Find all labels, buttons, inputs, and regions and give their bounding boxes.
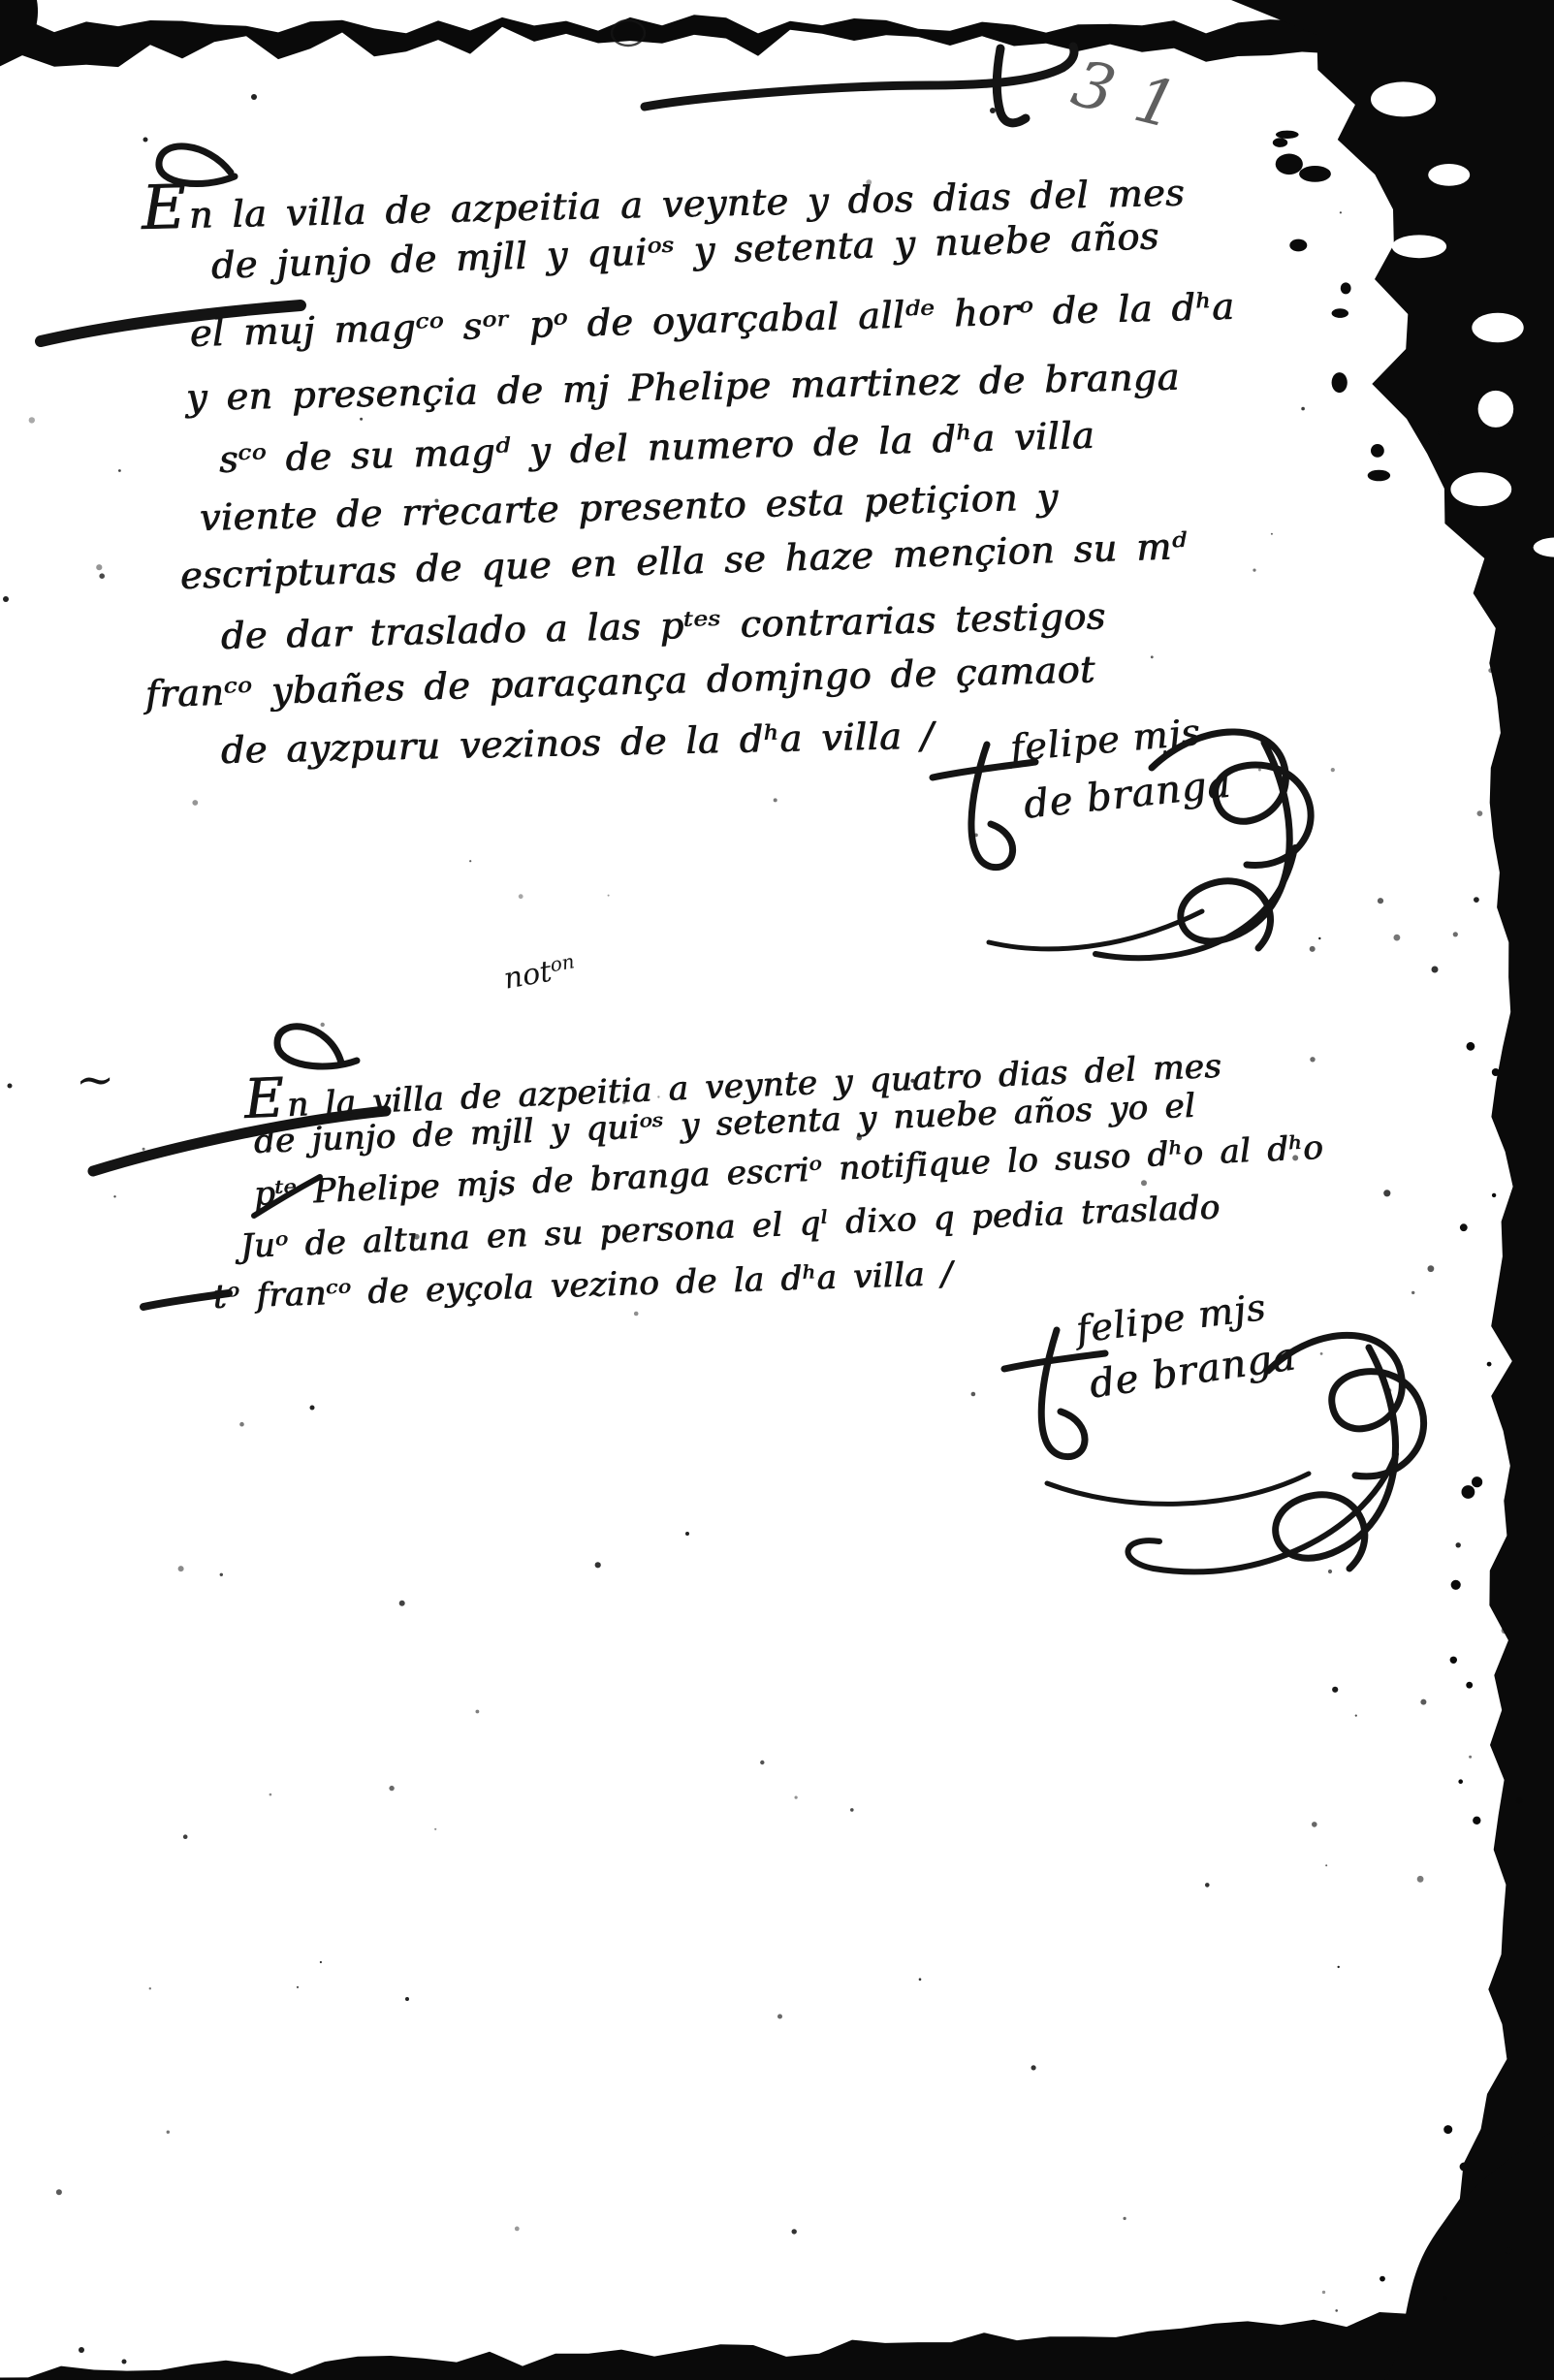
cross-mark (645, 47, 1074, 123)
manuscript-line: y en presençia de mj Phelipe martinez de… (186, 356, 1181, 419)
margin-note-superscript: on (549, 949, 577, 976)
notary-signature-name: felipe mjs (1008, 711, 1202, 770)
manuscript-line: franᶜᵒ ybañes de paraçança domjngo de ça… (144, 648, 1095, 715)
margin-dash: ~ (76, 1053, 114, 1107)
manuscript-line: sᶜᵒ de su magᵈ y del numero de la dʰa vi… (218, 414, 1094, 481)
manuscript-line: el muj magᶜᵒ sᵒʳ pᵒ de oyarçabal allᵈᵉ h… (189, 285, 1235, 355)
signature1-rubric (933, 732, 1311, 958)
paper-ring-blemish (612, 20, 645, 46)
manuscript-line: viente de rrecarte presento esta petiçio… (199, 475, 1059, 539)
manuscript-scan-page: { "page": { "kind": "scanned 16th-centur… (0, 0, 1554, 2380)
manuscript-line: de ayzpuru vezinos de la dʰa villa / (221, 714, 935, 772)
notary-signature-surname: de branga (1022, 762, 1233, 828)
manuscript-line: tᵒ franᶜᵒ de eyçola vezino de la dʰa vil… (212, 1254, 953, 1317)
folio-number: 31 (1065, 46, 1208, 149)
manuscript-line: de dar traslado a las pᵗᵉˢ contrarias te… (221, 594, 1107, 657)
margin-note: noton (501, 949, 578, 996)
margin-note-text: not (501, 955, 555, 997)
